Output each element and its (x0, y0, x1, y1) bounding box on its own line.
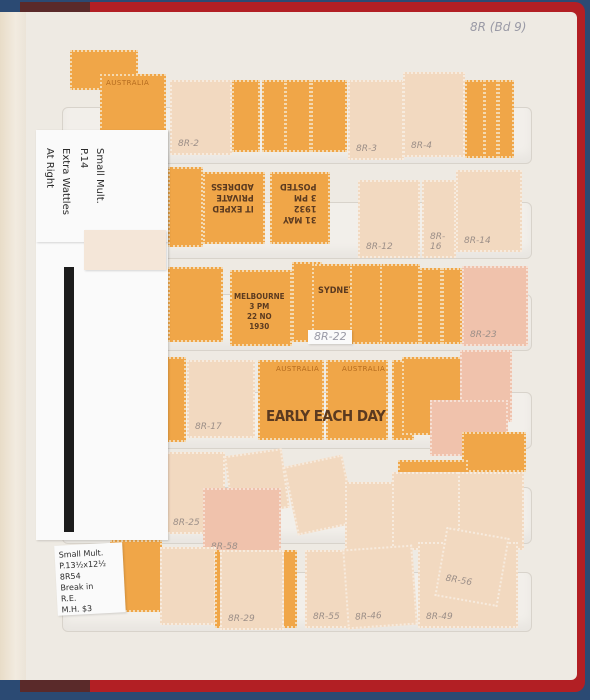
stamp (350, 264, 382, 344)
stamp-reverse (160, 547, 216, 625)
stamp: AUSTRALIA (326, 360, 388, 440)
stamp-reverse: 8R-46 (342, 545, 417, 630)
stamp-reverse: 8R-4 (403, 72, 465, 157)
stamp-reverse: 8R-14 (456, 170, 522, 252)
page-gutter (0, 12, 26, 680)
slogan-cancel: EARLY EACH DAY (266, 407, 385, 425)
stamp-reverse: 8R-16 (422, 180, 456, 258)
stamp: MELBOURNE 3 PM 22 NO 1930 (230, 270, 292, 346)
stamp-reverse: 8R-56 (434, 527, 509, 607)
stamp (462, 432, 526, 472)
stamp-reverse: 8R-29 (220, 550, 284, 630)
stamp (484, 80, 498, 158)
stamp (442, 268, 462, 344)
stamp-reverse: 8R-2 (170, 80, 232, 155)
label-card: 8R-22 (308, 330, 352, 344)
stamp (311, 80, 347, 152)
stamp: AUSTRALIA (258, 360, 324, 440)
black-mount-edge (64, 267, 74, 532)
stamp (420, 268, 442, 344)
stamp (498, 80, 514, 158)
stamp: IT EXPED PRIVATE ADDRESS (203, 172, 265, 244)
stamp (262, 80, 286, 152)
stamp: 31 MAY 1932 3 PM POSTED (270, 172, 330, 244)
stamp (380, 264, 420, 344)
stamp (465, 80, 485, 158)
note-card-top: Small Mult. P.14 Extra Wattles At Right (36, 130, 168, 242)
stamp (232, 80, 260, 152)
note-card-bottom: Small Mult. P.13½x12½ 8R54 Break in R.E.… (54, 542, 126, 615)
stamp-reverse: 8R-12 (358, 180, 420, 258)
stamp-reverse: 8R-3 (348, 80, 404, 160)
stamp-reverse: 8R-23 (462, 266, 528, 346)
mount-top (84, 230, 166, 270)
stamp-reverse (345, 482, 395, 552)
album-page: 8R (Bd 9) 15 21 AUSTRALIA 8R-2 8R-3 8R-4… (0, 12, 577, 680)
stamp (168, 267, 223, 342)
stamp (285, 80, 311, 152)
corner-pencil-note: 8R (Bd 9) (470, 20, 526, 34)
stamp (168, 167, 203, 247)
stamp-reverse: 8R-17 (187, 360, 255, 438)
